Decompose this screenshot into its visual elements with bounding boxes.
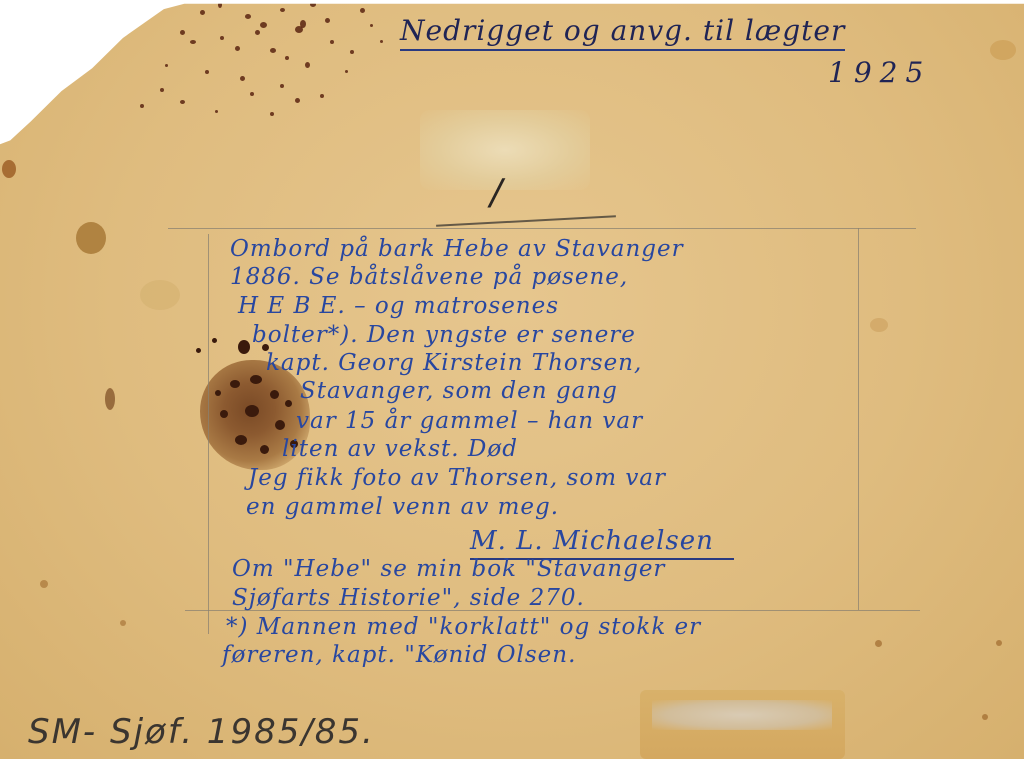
body-line: H E B E. – og matrosenes [238,293,559,319]
frame-left-line [208,234,209,634]
aged-paper: / Nedrigget og anvg. til lægter 1925 Omb… [0,0,1024,759]
archive-number: SM- Sjøf. 1985/85. [28,712,375,752]
stain-spot [982,714,988,720]
footnote-line: *) Mannen med "korklatt" og stokk er [226,614,701,640]
signature: M. L. Michaelsen [470,526,734,556]
pencil-stroke [436,215,616,226]
stain-spot [870,318,888,332]
frame-right-line [858,228,859,610]
body-line: var 15 år gammel – han var [296,408,643,434]
body-line: liten av vekst. Død [282,436,518,462]
stain-spot [2,160,16,178]
stain-spot [120,620,126,626]
stain-spot [105,388,115,410]
body-line: 1886. Se båtslåvene på pøsene, [230,264,628,290]
pencil-mark: / [490,172,502,213]
body-line: Jeg fikk foto av Thorsen, som var [248,465,666,491]
frame-top-line [168,228,916,229]
stain-spot [875,640,882,647]
body-line: bolter*). Den yngste er senere [252,322,636,348]
body-line: Ombord på bark Hebe av Stavanger [230,236,684,262]
reference-line: Om "Hebe" se min bok "Stavanger [232,556,665,582]
stain-spot [76,222,106,254]
reference-line: Sjøfarts Historie", side 270. [232,585,585,611]
stain-spot [238,340,250,354]
scraped-patch [420,110,590,190]
stain-spot [140,280,180,310]
stain-spot [990,40,1016,60]
body-line: en gammel venn av meg. [246,494,559,520]
stain-spot [40,580,48,588]
body-line: Stavanger, som den gang [300,378,618,404]
stain-spot [996,640,1002,646]
stain-spot [212,338,217,343]
removed-label-residue [640,690,845,759]
footnote-line: føreren, kapt. "Kønid Olsen. [222,642,576,668]
stain-spot [196,348,201,353]
rust-speckles [120,0,420,130]
body-line: kapt. Georg Kirstein Thorsen, [266,350,642,376]
header-note-year: 1925 [828,56,931,89]
header-note-line1: Nedrigget og anvg. til lægter [400,14,845,47]
